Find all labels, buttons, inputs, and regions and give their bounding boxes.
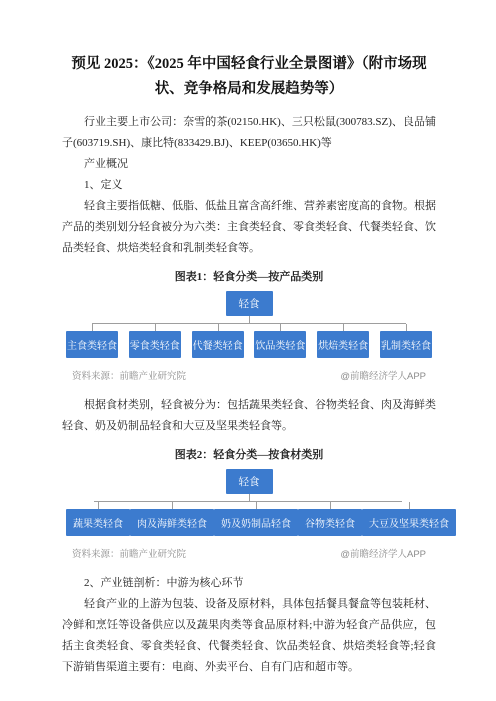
subsection-heading-value-chain: 2、产业链剖析：中游为核心环节 (62, 573, 436, 594)
figure1-root-node: 轻食 (226, 291, 273, 316)
figure1-child-node: 烘焙类轻食 (317, 331, 369, 358)
intro-paragraph: 行业主要上市公司：奈雪的茶(02150.HK)、三只松鼠(300783.SZ)、… (62, 112, 436, 154)
figure2-root-connector-line (249, 494, 250, 501)
figure2-watermark: @前瞻经济学人APP (340, 546, 426, 560)
ingredient-paragraph: 根据食材类别，轻食被分为：包括蔬果类轻食、谷物类轻食、肉及海鲜类轻食、奶及奶制品… (62, 395, 436, 437)
figure1-child-node: 零食类轻食 (129, 331, 181, 358)
figure2-child-node: 肉及海鲜类轻食 (130, 509, 214, 536)
figure1-child-nodes: 主食类轻食零食类轻食代餐类轻食饮品类轻食烘焙类轻食乳制类轻食 (66, 331, 432, 358)
article-title: 预见 2025：《2025 年中国轻食行业全景图谱》（附市场现状、竞争格局和发展… (62, 52, 436, 102)
figure1-watermark: @前瞻经济学人APP (340, 368, 426, 382)
section-heading-industry-overview: 产业概况 (62, 154, 436, 175)
figure1-source-row: 资料来源：前瞻产业研究院 @前瞻经济学人APP (72, 368, 426, 382)
figure1-child-node: 饮品类轻食 (254, 331, 306, 358)
figure2-source-row: 资料来源：前瞻产业研究院 @前瞻经济学人APP (72, 546, 426, 560)
figure1-product-classification: 图表1：轻食分类—按产品类别 轻食 主食类轻食零食类轻食代餐类轻食饮品类轻食烘焙… (66, 268, 432, 382)
figure1-child-node: 主食类轻食 (66, 331, 118, 358)
subsection-heading-definition: 1、定义 (62, 175, 436, 196)
figure1-child-node: 乳制类轻食 (380, 331, 432, 358)
figure2-child-node: 奶及奶制品轻食 (214, 509, 298, 536)
figure2-child-node: 蔬果类轻食 (66, 509, 130, 536)
figure1-title: 图表1：轻食分类—按产品类别 (66, 268, 432, 284)
figure1-child-node: 代餐类轻食 (192, 331, 244, 358)
figure2-horizontal-connector-line (94, 501, 402, 502)
article-page: 预见 2025：《2025 年中国轻食行业全景图谱》（附市场现状、竞争格局和发展… (0, 0, 496, 678)
value-chain-paragraph: 轻食产业的上游为包装、设备及原材料，具体包括餐具餐盒等包装耗材、冷鲜和烹饪等设备… (62, 594, 436, 678)
figure2-root-node: 轻食 (226, 469, 273, 494)
figure2-child-node: 大豆及坚果类轻食 (362, 509, 456, 536)
figure2-child-nodes: 蔬果类轻食肉及海鲜类轻食奶及奶制品轻食谷物类轻食大豆及坚果类轻食 (66, 509, 432, 536)
figure2-org-chart: 轻食 蔬果类轻食肉及海鲜类轻食奶及奶制品轻食谷物类轻食大豆及坚果类轻食 (66, 469, 432, 536)
definition-paragraph: 轻食主要指低糖、低脂、低盐且富含高纤维、营养素密度高的食物。根据产品的类别划分轻… (62, 196, 436, 259)
figure2-ingredient-classification: 图表2：轻食分类—按食材类别 轻食 蔬果类轻食肉及海鲜类轻食奶及奶制品轻食谷物类… (66, 446, 432, 560)
figure1-root-connector-line (249, 316, 250, 323)
figure2-child-node: 谷物类轻食 (298, 509, 362, 536)
figure1-source-attribution: 资料来源：前瞻产业研究院 (72, 368, 186, 382)
figure1-horizontal-connector-line (92, 323, 406, 324)
figure2-source-attribution: 资料来源：前瞻产业研究院 (72, 546, 186, 560)
figure1-org-chart: 轻食 主食类轻食零食类轻食代餐类轻食饮品类轻食烘焙类轻食乳制类轻食 (66, 291, 432, 358)
figure2-title: 图表2：轻食分类—按食材类别 (66, 446, 432, 462)
